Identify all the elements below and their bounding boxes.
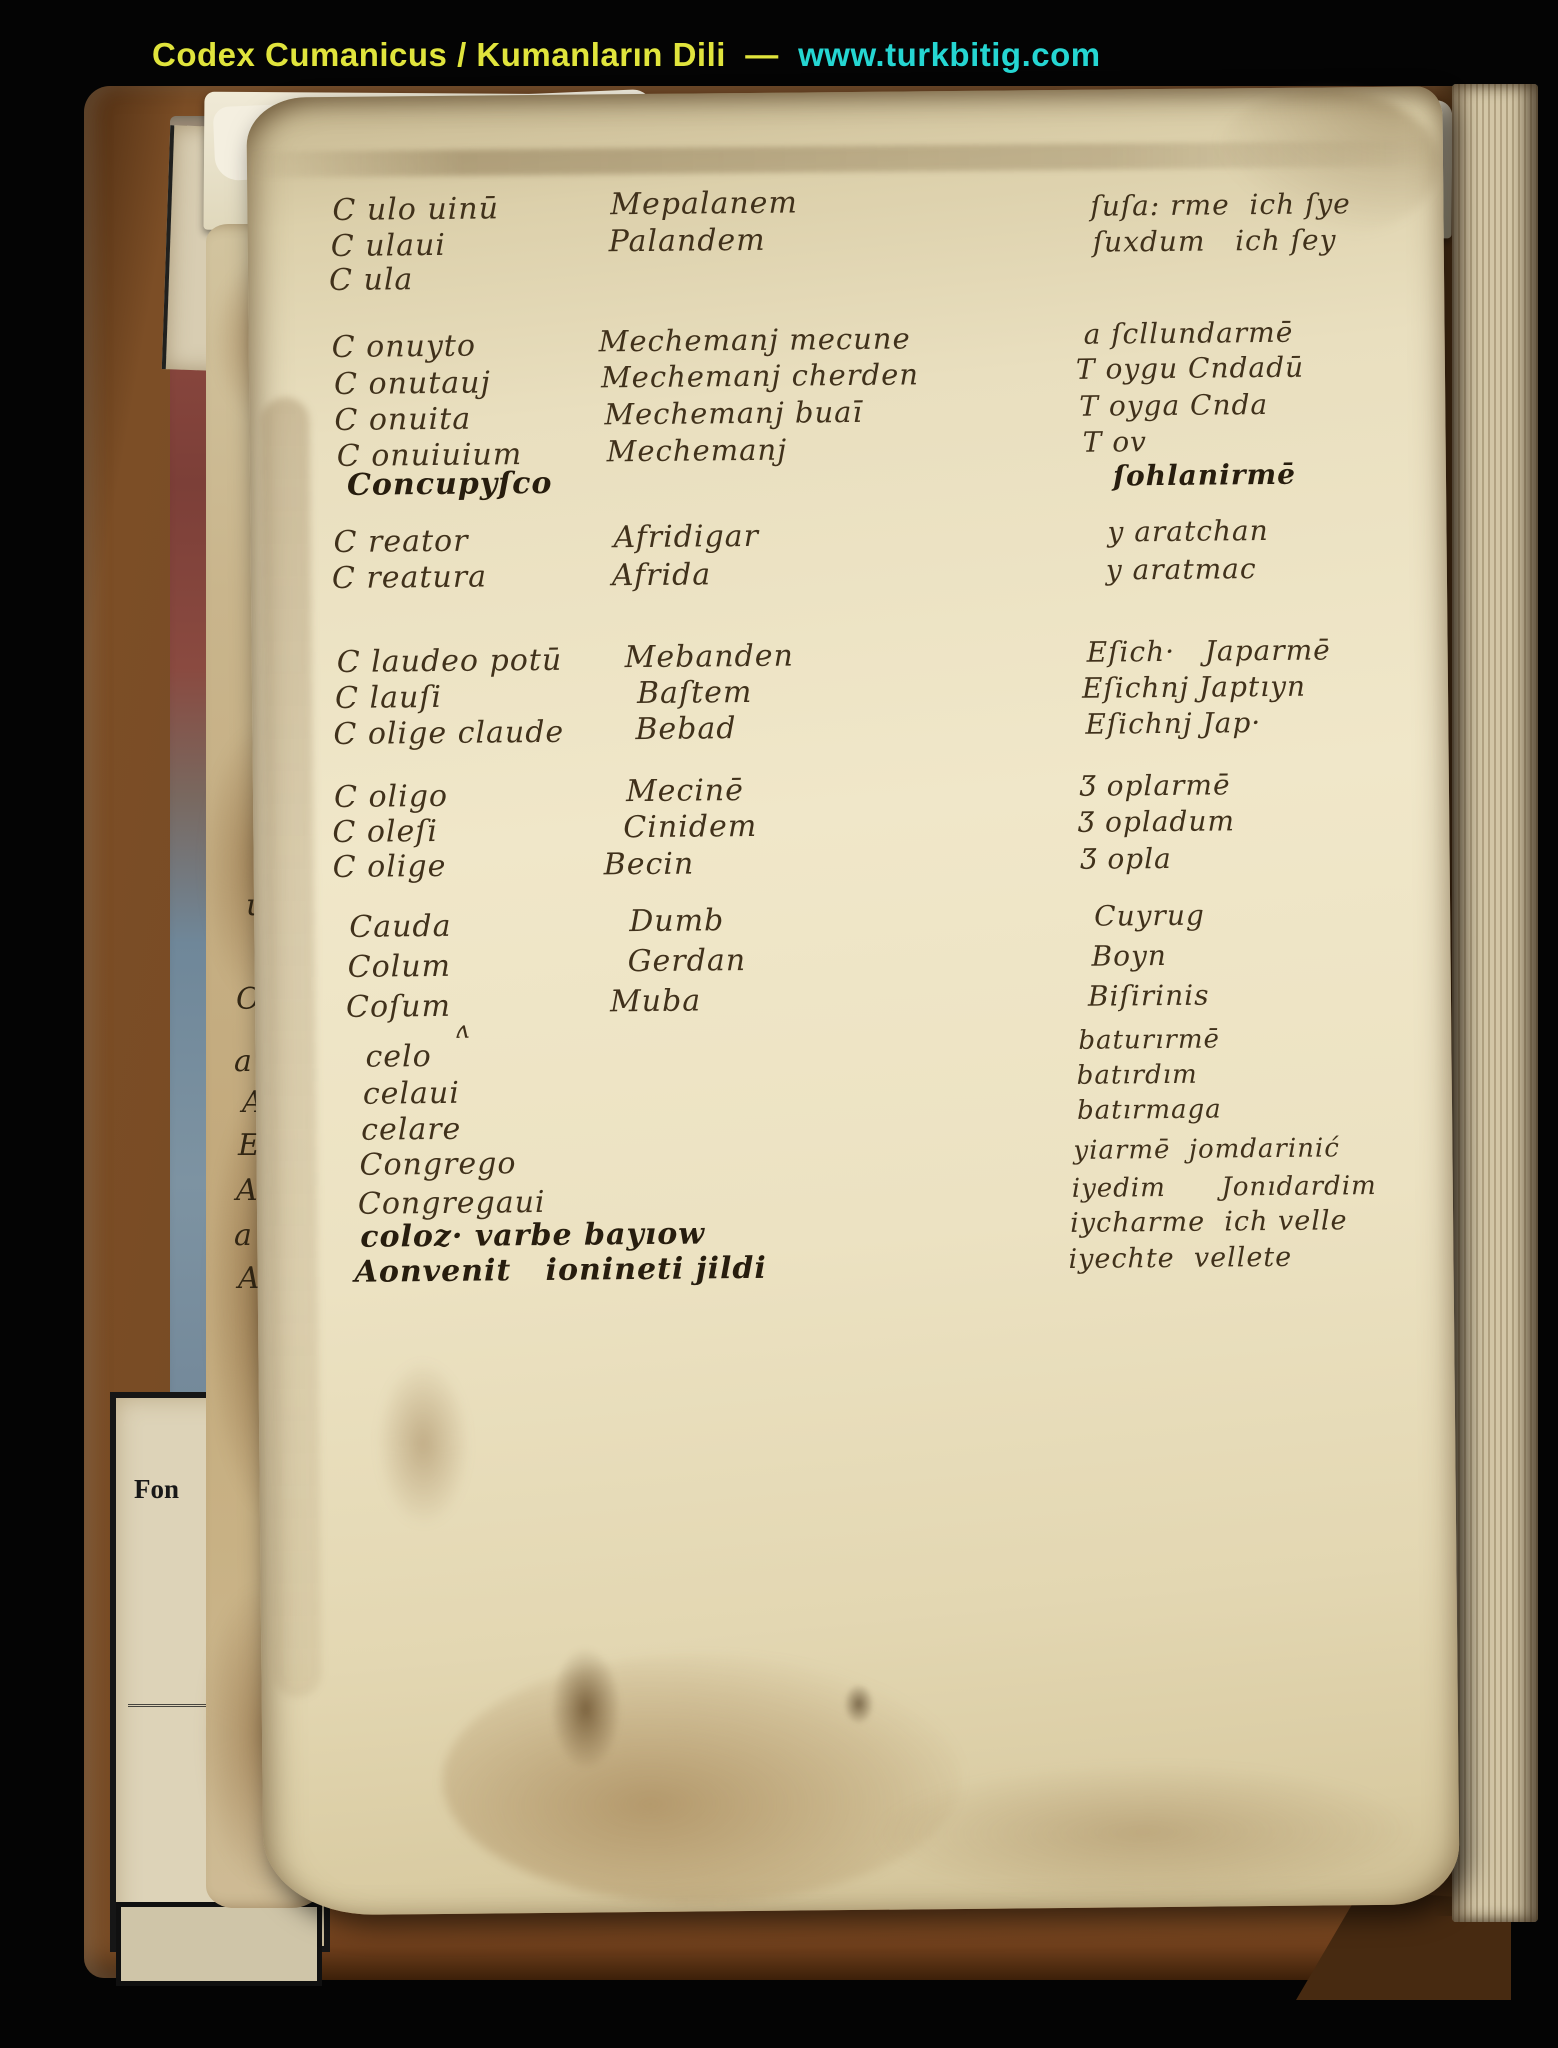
manuscript-line: Aonvenit ionineti jildi [354,1251,767,1290]
manuscript-line: Mebanden [625,639,795,676]
manuscript-line: iycharme ich velle [1070,1205,1348,1239]
manuscript-line: Congrego [359,1146,516,1183]
manuscript-line: Mechemanj buaī [604,395,863,431]
manuscript-line: Coſum [346,989,451,1025]
manuscript-line: Gerdan [627,943,746,979]
manuscript-line: C onuita [334,402,471,438]
manuscript-line: Cinidem [623,809,757,845]
manuscript-line: Bebad [635,711,736,747]
manuscript-line: T oygu Cndadū [1076,351,1304,386]
manuscript-line: Afridigar [613,519,759,555]
manuscript-line: T ov [1082,425,1147,459]
manuscript-line: Eſichnj Jap· [1085,706,1261,741]
manuscript-line: a ſcllundarmē [1083,316,1293,351]
margin-letter: A [236,1173,258,1208]
manuscript-line: T oyga Cnda [1079,388,1268,423]
manuscript-line: Concupyſco [347,466,553,503]
manuscript-line: Eſich· Japarmē [1087,633,1331,668]
manuscript-line: Mechemanj [607,433,788,469]
manuscript-line: C ulo uinū [332,191,499,228]
manuscript-line: ʌ [455,1016,470,1044]
manuscript-line: Mechemanj cherden [601,357,919,394]
manuscript-line: Dumb [629,903,724,939]
manuscript-line: Mechemanj mecune [598,321,910,358]
manuscript-line: y aratmac [1106,552,1257,586]
manuscript-line: C oligo [334,779,448,815]
manuscript-line: batırdım [1077,1060,1198,1091]
manuscript-line: Boyn [1091,939,1167,973]
margin-letter: a [234,1218,252,1253]
manuscript-line: C onutauj [334,365,491,402]
manuscript-line: ſuxdum ich ſey [1093,223,1337,258]
manuscript-line: iyedim Jonıdardim [1072,1171,1377,1204]
manuscript-line: Biſirinis [1088,979,1210,1013]
manuscript-line: Mecinē [626,773,744,809]
manuscript-line: C reatura [332,559,487,595]
manuscript-line: C ula [329,262,414,298]
manuscript-line: Becin [604,847,695,883]
manuscript-line: batırmaga [1077,1094,1222,1125]
manuscript-text-layer: C ulo uinūC ulauiC ulaC onuytoC onutaujC… [246,86,1459,1915]
manuscript-line: Cauda [349,909,452,945]
manuscript-line: yiarmē jomdarinić [1073,1133,1340,1166]
manuscript-line: ſohlanirmē [1113,458,1296,493]
manuscript-line: Eſichnj Japtıyn [1082,670,1306,705]
manuscript-line: Ʒ opladum [1078,804,1235,839]
photo-of-codex-page: Codex Cumanicus / Kumanların Dili — www.… [0,0,1558,2048]
manuscript-line: celaui [363,1076,460,1112]
manuscript-line: C laudeo potū [337,643,563,680]
manuscript-line: Ʒ opla [1080,842,1171,876]
manuscript-line: celo [365,1039,432,1075]
manuscript-line: y aratchan [1107,514,1268,549]
manuscript-line: baturırmē [1078,1024,1220,1055]
manuscript-line: Palandem [609,223,766,260]
manuscript-line: Baſtem [637,675,753,711]
manuscript-line: C olige claude [333,715,564,752]
manuscript-line: C ulaui [331,228,447,264]
manuscript-line: Afrida [612,557,712,593]
manuscript-line: C oleſi [332,814,438,850]
manuscript-line: Congregaui [358,1185,546,1222]
manuscript-line: iyechte vellete [1068,1242,1292,1275]
margin-letter: a [234,1044,252,1079]
manuscript-line: coloz· varbe bayıow [360,1216,705,1254]
margin-letter: A [238,1261,260,1296]
manuscript-page: C ulo uinūC ulauiC ulaC onuytoC onutaujC… [246,86,1459,1915]
manuscript-line: ſuſa: rme ich ſye [1090,187,1351,222]
manuscript-line: Mepalanem [610,185,798,222]
manuscript-line: celare [361,1112,461,1148]
manuscript-line: C olige [333,849,447,885]
manuscript-line: Muba [610,983,701,1019]
manuscript-line: Ʒ oplarmē [1080,768,1231,802]
manuscript-line: C reator [333,524,468,560]
manuscript-line: Cuyrug [1094,899,1205,933]
manuscript-line: Colum [347,949,451,985]
manuscript-line: C onuyto [332,329,477,365]
manuscript-line: C lauſi [335,680,442,716]
